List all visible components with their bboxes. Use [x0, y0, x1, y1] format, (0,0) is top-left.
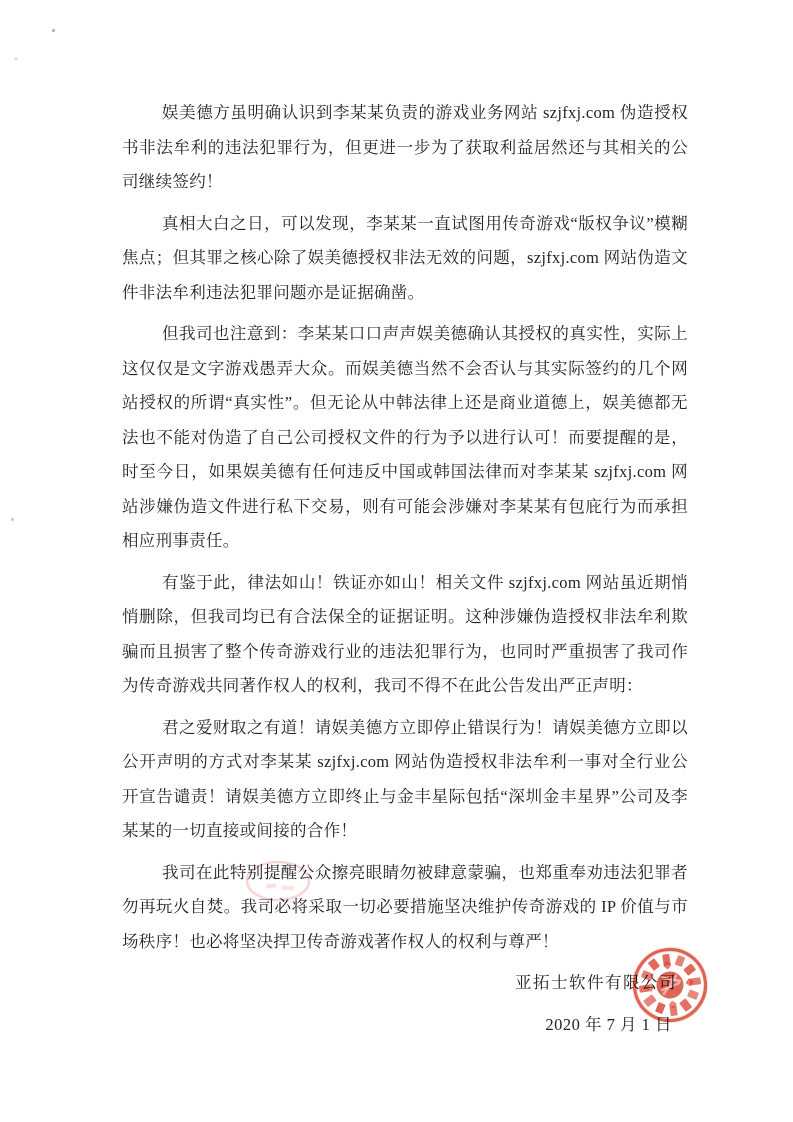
scan-speck	[52, 29, 55, 32]
scan-speck	[11, 518, 14, 521]
paragraph-2: 真相大白之日，可以发现，李某某一直试图用传奇游戏“版权争议”模糊焦点；但其罪之核…	[122, 207, 688, 311]
scan-speck	[15, 58, 17, 60]
document-page: 娱美德方虽明确认识到李某某负责的游戏业务网站 szjfxj.com 伪造授权书非…	[0, 0, 793, 1122]
paragraph-3: 但我司也注意到：李某某口口声声娱美德确认其授权的真实性，实际上这仅仅是文字游戏愚…	[122, 317, 688, 559]
signature-line: 亚拓士软件有限公司	[122, 966, 688, 1001]
paragraph-6: 我司在此特别提醒公众擦亮眼睛勿被肆意蒙骗，也郑重奉劝违法犯罪者勿再玩火自焚。我司…	[122, 856, 688, 960]
paragraph-4: 有鉴于此，律法如山！铁证亦如山！相关文件 szjfxj.com 网站虽近期悄悄删…	[122, 566, 688, 704]
paragraph-1: 娱美德方虽明确认识到李某某负责的游戏业务网站 szjfxj.com 伪造授权书非…	[122, 96, 688, 200]
paragraph-5: 君之爱财取之有道！请娱美德方立即停止错误行为！请娱美德方立即以公开声明的方式对李…	[122, 711, 688, 849]
document-body: 娱美德方虽明确认识到李某某负责的游戏业务网站 szjfxj.com 伪造授权书非…	[122, 96, 688, 1049]
date-line: 2020 年 7 月 1 日	[122, 1008, 688, 1043]
